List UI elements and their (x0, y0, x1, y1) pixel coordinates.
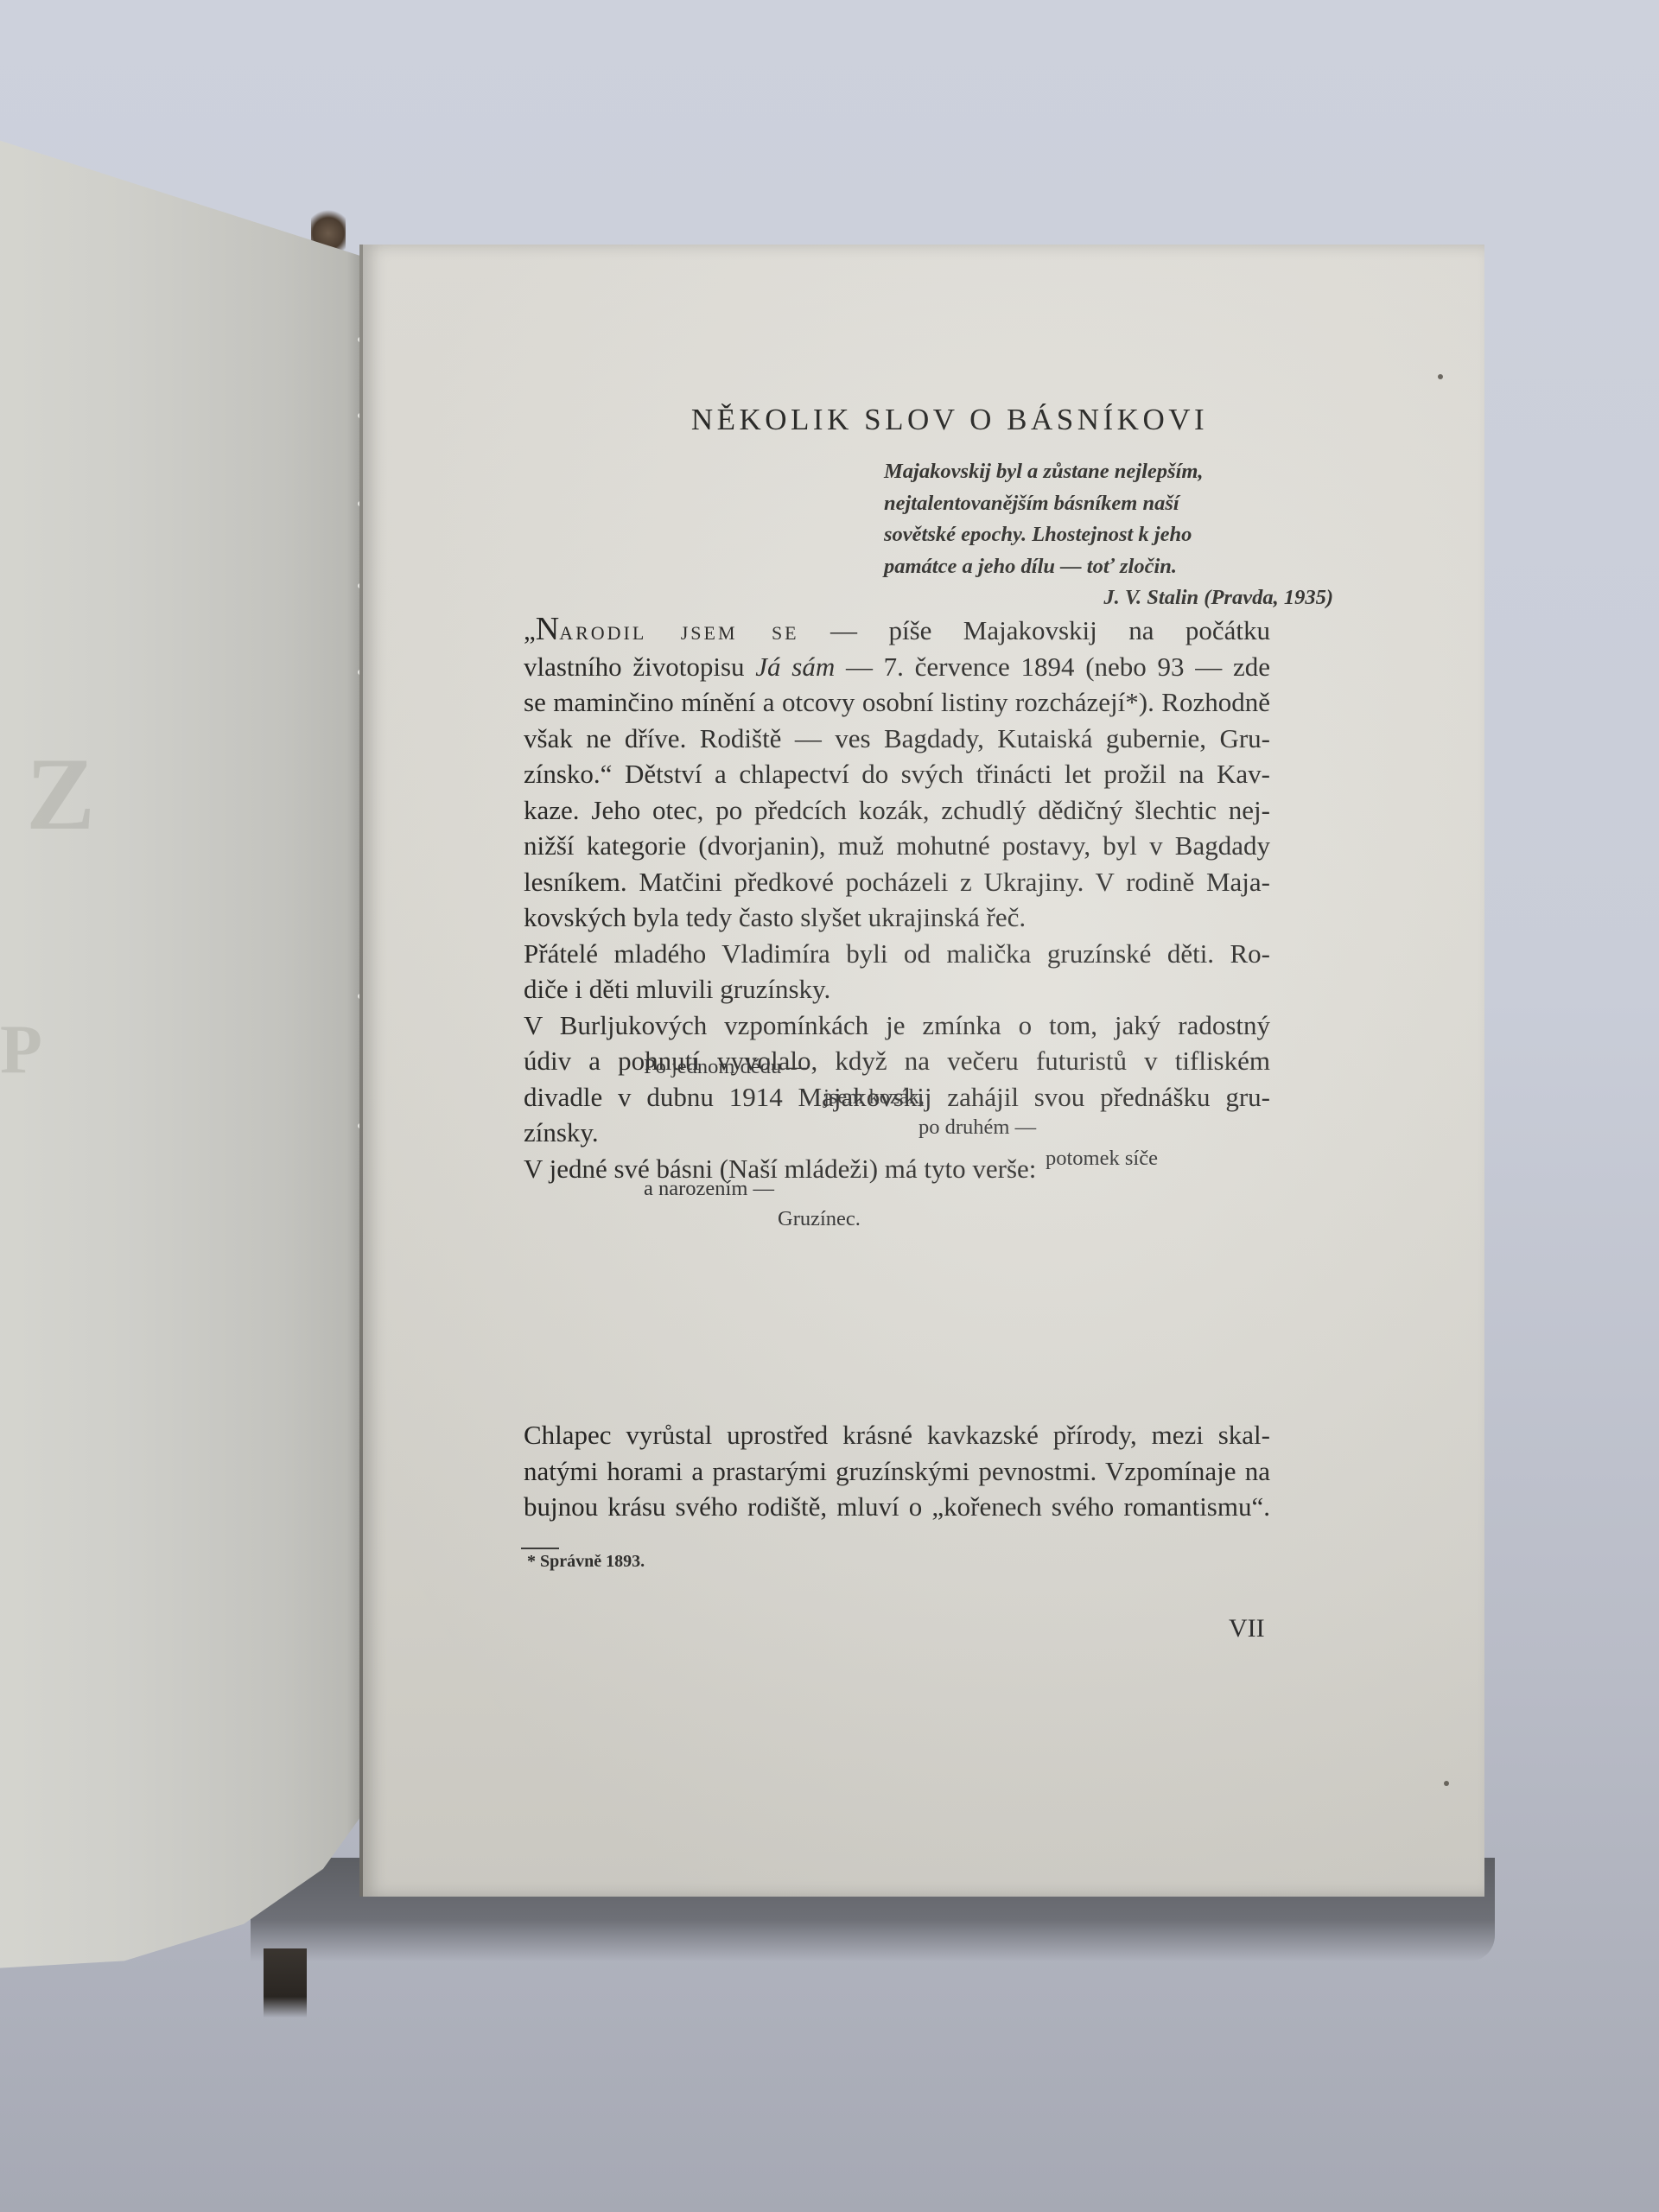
paragraph: V jedné své básni (Naší mládeži) má tyto… (524, 1151, 1270, 1187)
ghost-letter-bleed: P (0, 1011, 42, 1090)
text-line: V Burljukových vzpomínkách je zmínka o t… (524, 1007, 1270, 1044)
italic-title: Já sám (755, 652, 835, 682)
epigraph-line: sovětské epochy. Lhostejnost k jeho (884, 519, 1333, 551)
paragraph: Chlapec vyrůstal uprostřed krásné kavkaz… (524, 1417, 1270, 1525)
epigraph-line: památce a jeho dílu — toť zločin. (884, 551, 1333, 583)
ghost-letter-bleed: Z (26, 734, 95, 854)
paper-speck (1444, 1781, 1449, 1786)
paragraph: Přátelé mladého Vladimíra byli od maličk… (524, 936, 1270, 1007)
paragraph: „Narodil jsem se — píše Majakovskij na p… (524, 612, 1270, 936)
footnote-rule (521, 1548, 559, 1549)
text-line: Přátelé mladého Vladimíra byli od maličk… (524, 936, 1270, 972)
right-page: NĚKOLIK SLOV O BÁSNÍKOVI Majakovskij byl… (363, 245, 1484, 1897)
text-line: V jedné své básni (Naší mládeži) má tyto… (524, 1151, 1270, 1187)
gutter (359, 245, 363, 1897)
body-text: „Narodil jsem se — píše Majakovskij na p… (524, 612, 1638, 1186)
text-line: kovských byla tedy často slyšet ukrajins… (524, 899, 1270, 936)
book-headband-bottom (264, 1948, 307, 2018)
paragraph: V Burljukových vzpomínkách je zmínka o t… (524, 1007, 1270, 1151)
text-line: kaze. Jeho otec, po předcích kozák, zchu… (524, 792, 1270, 829)
text-line: se maminčino mínění a otcovy osobní list… (524, 684, 1270, 721)
text-line: Chlapec vyrůstal uprostřed krásné kavkaz… (524, 1417, 1270, 1453)
epigraph-line: Majakovskij byl a zůstane nejlepším, (884, 456, 1333, 488)
paper-speck (1438, 374, 1443, 379)
text-line: bujnou krásu svého rodiště, mluví o „koř… (524, 1489, 1270, 1525)
chapter-title: NĚKOLIK SLOV O BÁSNÍKOVI (363, 403, 1484, 437)
poem-line: potomek síče (1046, 1147, 1158, 1171)
poem-line: a narozením — (644, 1177, 774, 1201)
text-line: vlastního životopisu Já sám — 7. červenc… (524, 649, 1270, 685)
text-line: údiv a pohnutí vyvolalo, když na večeru … (524, 1043, 1270, 1079)
closing-text: Chlapec vyrůstal uprostřed krásné kavkaz… (524, 1417, 1638, 1525)
text-line: zínsky. (524, 1115, 1270, 1151)
text-line: nižší kategorie (dvorjanin), muž mohutné… (524, 828, 1270, 864)
poem-line: Po jednom dědu — (644, 1055, 808, 1079)
text-line: natými horami a prastarými gruzínskými p… (524, 1453, 1270, 1490)
poem-line: jsem kozák, (823, 1085, 925, 1109)
text-line: „Narodil jsem se — píše Majakovskij na p… (524, 612, 1270, 649)
text-line: zínsko.“ Dětství a chlapectví do svých t… (524, 756, 1270, 792)
left-page: Z P (0, 130, 363, 1970)
poem-line: Gruzínec. (778, 1207, 861, 1231)
drop-cap: N (536, 611, 559, 647)
epigraph-line: nejtalentovanějším básníkem naší (884, 488, 1333, 520)
text-line: lesníkem. Matčini předkové pocházeli z U… (524, 864, 1270, 900)
text-line: diče i děti mluvili gruzínsky. (524, 971, 1270, 1007)
page-number: VII (1229, 1614, 1265, 1643)
text-line: však ne dříve. Rodiště — ves Bagdady, Ku… (524, 721, 1270, 757)
small-caps-opening: arodil jsem se (559, 615, 798, 645)
footnote: * Správně 1893. (527, 1552, 645, 1572)
epigraph: Majakovskij byl a zůstane nejlepším, nej… (884, 456, 1333, 614)
poem-line: po druhém — (918, 1116, 1036, 1140)
epigraph-attribution: J. V. Stalin (Pravda, 1935) (884, 582, 1333, 614)
